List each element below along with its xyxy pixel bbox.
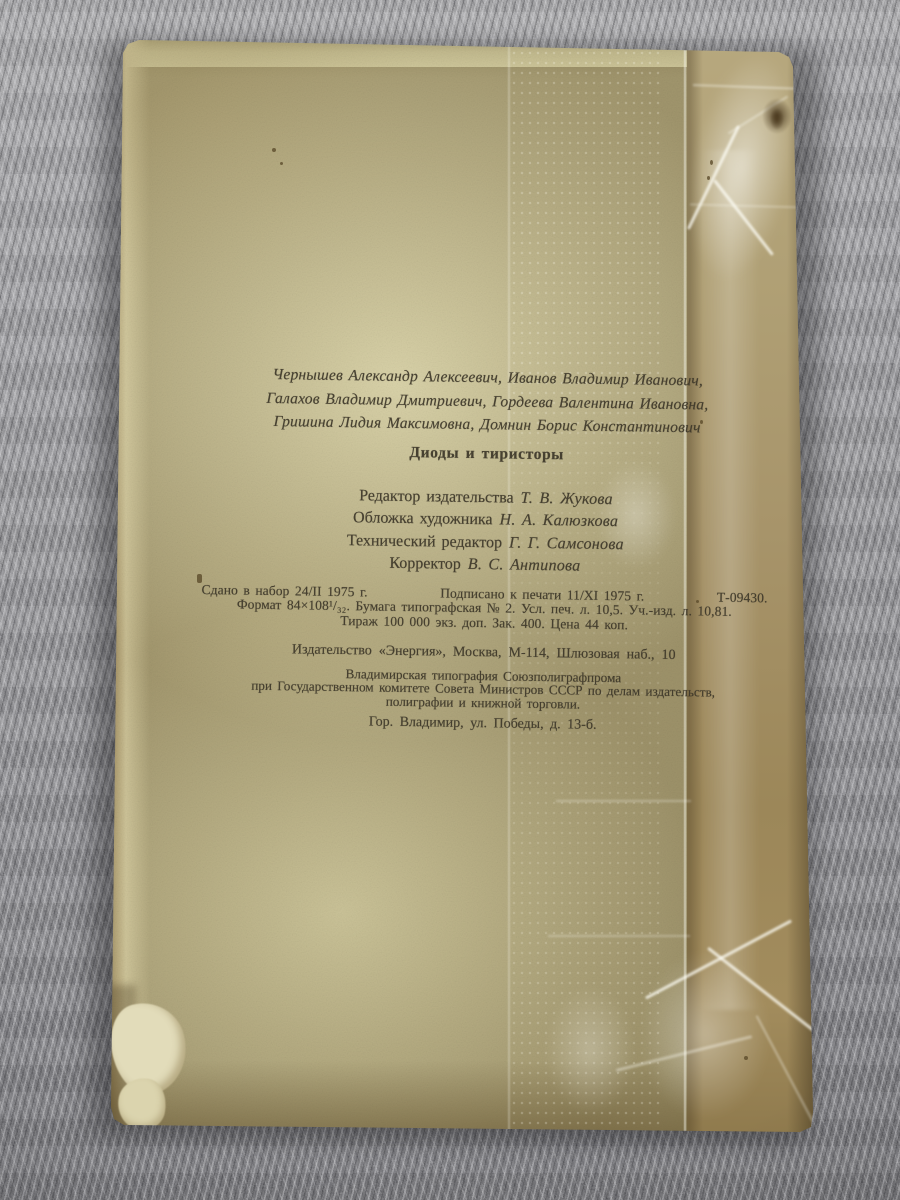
photo-scene: Чернышев Александр Алексеевич, Иванов Вл… (0, 0, 900, 1200)
photo-vignette (0, 0, 900, 1200)
